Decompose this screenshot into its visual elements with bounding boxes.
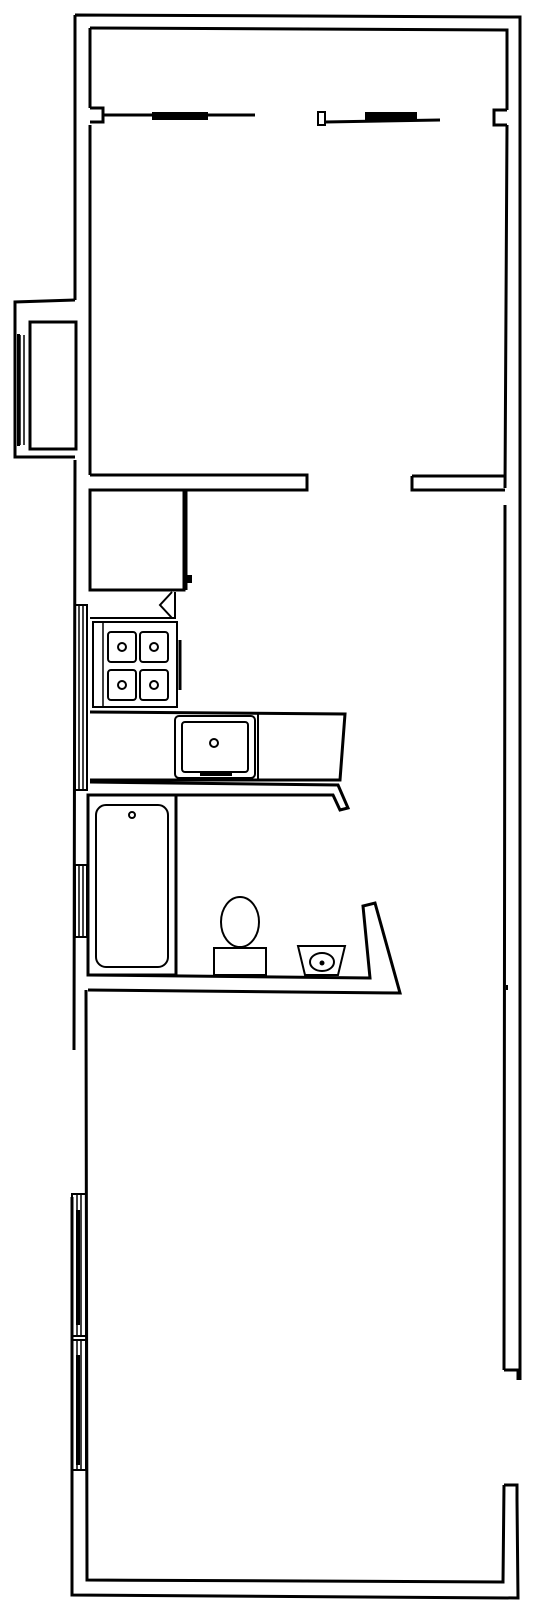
middle-wall <box>90 475 505 490</box>
right-wall-details <box>504 985 518 1500</box>
floor-plan <box>0 0 550 1610</box>
burner-icon <box>150 681 158 689</box>
bay-window <box>15 300 76 457</box>
bathroom-window <box>75 865 87 937</box>
burner-icon <box>150 643 158 651</box>
bathtub <box>88 795 176 975</box>
sliding-door-right <box>365 112 417 120</box>
bathroom-sink <box>298 946 345 975</box>
drain-icon <box>210 739 218 747</box>
closet <box>90 490 192 618</box>
living-window-upper <box>72 1194 86 1336</box>
front-partition <box>90 108 507 125</box>
kitchen-window <box>75 605 87 790</box>
kitchen-counter <box>90 712 345 780</box>
exterior-walls <box>72 15 520 1598</box>
stove <box>93 622 180 707</box>
burner-icon <box>118 643 126 651</box>
living-window-lower <box>72 1340 86 1470</box>
burner-icon <box>118 681 126 689</box>
sliding-door-left <box>152 112 208 120</box>
toilet <box>214 897 266 975</box>
drain-icon <box>129 812 135 818</box>
